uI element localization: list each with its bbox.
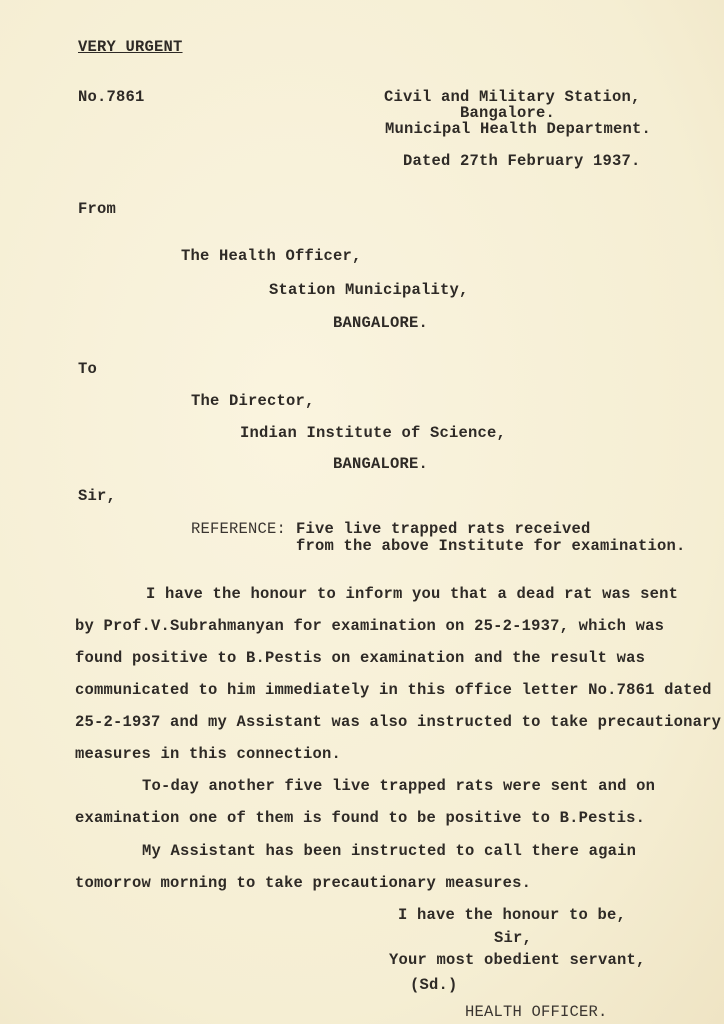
salutation: Sir, — [78, 487, 116, 505]
closing-line: Your most obedient servant, — [389, 951, 646, 969]
letter-page: VERY URGENT No.7861 Civil and Military S… — [0, 0, 724, 1024]
body-line: found positive to B.Pestis on examinatio… — [75, 649, 645, 667]
body-line: To-day another five live trapped rats we… — [142, 777, 655, 795]
body-line: examination one of them is found to be p… — [75, 809, 645, 827]
to-line: The Director, — [191, 392, 315, 410]
to-line: BANGALORE. — [333, 455, 428, 473]
body-line: measures in this connection. — [75, 745, 341, 763]
body-line: communicated to him immediately in this … — [75, 681, 712, 699]
from-line: The Health Officer, — [181, 247, 362, 265]
letter-date: Dated 27th February 1937. — [403, 152, 641, 170]
closing-line: Sir, — [494, 929, 532, 947]
body-line: I have the honour to inform you that a d… — [146, 585, 678, 603]
to-label: To — [78, 360, 97, 378]
reference-line: Five live trapped rats received — [296, 520, 591, 538]
body-line: My Assistant has been instructed to call… — [142, 842, 636, 860]
reference-label: REFERENCE: — [191, 520, 286, 538]
address-line: Municipal Health Department. — [385, 120, 651, 138]
from-line: BANGALORE. — [333, 314, 428, 332]
body-line: tomorrow morning to take precautionary m… — [75, 874, 531, 892]
to-line: Indian Institute of Science, — [240, 424, 506, 442]
urgency-heading: VERY URGENT — [78, 38, 183, 56]
from-label: From — [78, 200, 116, 218]
body-line: 25-2-1937 and my Assistant was also inst… — [75, 713, 721, 731]
body-line: by Prof.V.Subrahmanyan for examination o… — [75, 617, 664, 635]
from-line: Station Municipality, — [269, 281, 469, 299]
closing-line: I have the honour to be, — [398, 906, 626, 924]
reference-line: from the above Institute for examination… — [296, 537, 686, 555]
signature-mark: (Sd.) — [410, 976, 458, 994]
signatory-title: HEALTH OFFICER. — [465, 1003, 608, 1021]
reference-number: No.7861 — [78, 88, 145, 106]
